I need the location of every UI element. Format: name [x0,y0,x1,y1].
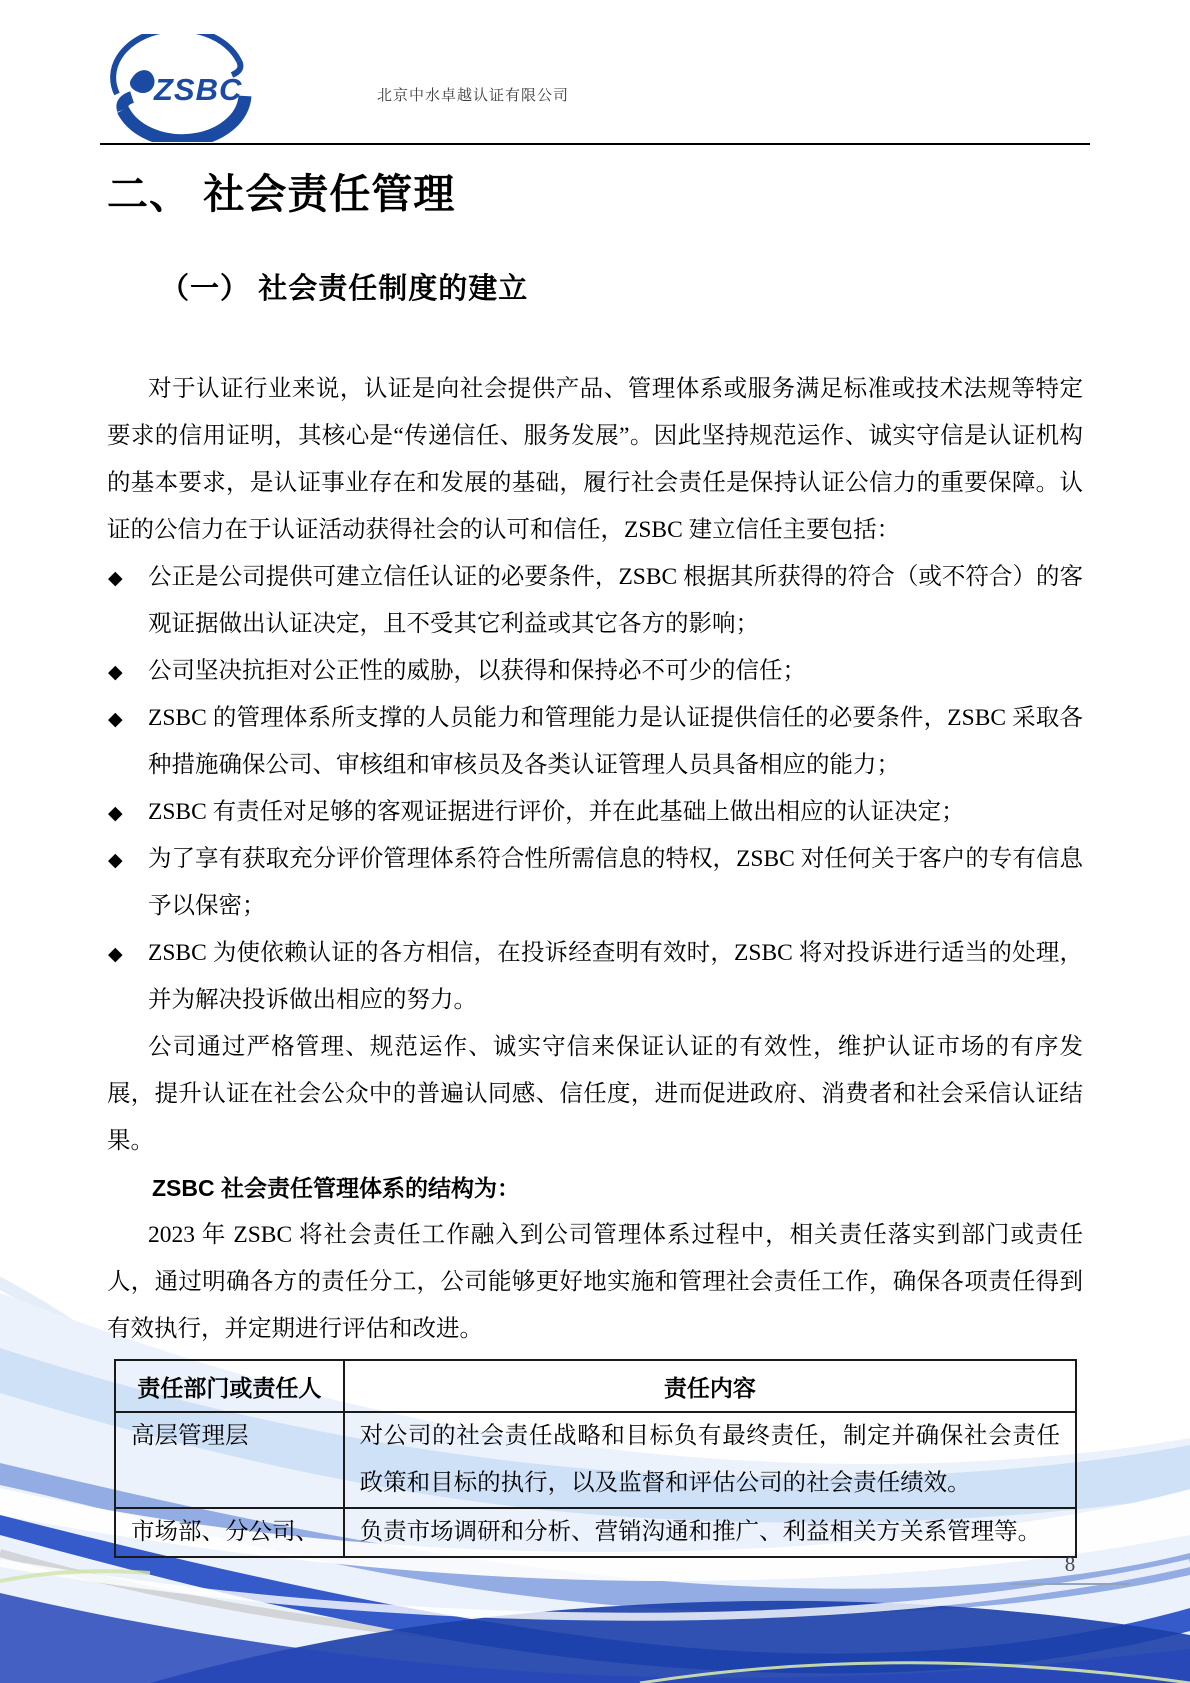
list-item: ◆ 公司坚决抗拒对公正性的威胁，以获得和保持必不可少的信任； [107,648,1083,695]
list-item: ◆ ZSBC 为使依赖认证的各方相信，在投诉经查明有效时，ZSBC 将对投诉进行… [107,930,1083,1024]
column-header-department: 责任部门或责任人 [115,1360,344,1412]
trust-bullet-list: ◆ 公正是公司提供可建立信任认证的必要条件，ZSBC 根据其所获得的符合（或不符… [107,554,1083,1024]
bullet-text: ZSBC 有责任对足够的客观证据进行评价，并在此基础上做出相应的认证决定； [148,799,965,825]
logo-text: ZSBC [153,72,242,107]
cell-department: 市场部、分公司、 [115,1508,344,1557]
bullet-text: ZSBC 的管理体系所支撑的人员能力和管理能力是认证提供信任的必要条件，ZSBC… [148,705,1083,778]
implementation-paragraph: 2023 年 ZSBC 将社会责任工作融入到公司管理体系过程中，相关责任落实到部… [107,1212,1083,1353]
body-text: 对于认证行业来说，认证是向社会提供产品、管理体系或服务满足标准或技术法规等特定要… [107,366,1083,1353]
table-row: 高层管理层 对公司的社会责任战略和目标负有最终责任，制定并确保社会责任政策和目标… [115,1412,1076,1508]
intro-paragraph: 对于认证行业来说，认证是向社会提供产品、管理体系或服务满足标准或技术法规等特定要… [107,366,1083,554]
page-header: ZSBC 北京中水卓越认证有限公司 [107,0,1083,145]
diamond-bullet-icon: ◆ [108,696,123,743]
document-page: ZSBC 北京中水卓越认证有限公司 二、 社会责任管理 （一） 社会责任制度的建… [0,0,1190,1683]
list-item: ◆ ZSBC 有责任对足够的客观证据进行评价，并在此基础上做出相应的认证决定； [107,789,1083,836]
summary-paragraph: 公司通过严格管理、规范运作、诚实守信来保证认证的有效性，维护认证市场的有序发展，… [107,1024,1083,1165]
page-number: 8 [1010,1552,1130,1585]
diamond-bullet-icon: ◆ [108,837,123,884]
cell-department: 高层管理层 [115,1412,344,1508]
bullet-text: 公正是公司提供可建立信任认证的必要条件，ZSBC 根据其所获得的符合（或不符合）… [148,564,1083,637]
bullet-text: 公司坚决抗拒对公正性的威胁，以获得和保持必不可少的信任； [148,658,806,684]
column-header-duty: 责任内容 [344,1360,1076,1412]
section-heading: 二、 社会责任管理 [107,167,1083,221]
diamond-bullet-icon: ◆ [108,649,123,696]
cell-duty: 对公司的社会责任战略和目标负有最终责任，制定并确保社会责任政策和目标的执行，以及… [344,1412,1076,1508]
table-row: 市场部、分公司、 负责市场调研和分析、营销沟通和推广、利益相关方关系管理等。 [115,1508,1076,1557]
structure-title: ZSBC 社会责任管理体系的结构为： [107,1165,1083,1212]
list-item: ◆ ZSBC 的管理体系所支撑的人员能力和管理能力是认证提供信任的必要条件，ZS… [107,695,1083,789]
diamond-bullet-icon: ◆ [108,931,123,978]
subsection-heading: （一） 社会责任制度的建立 [160,267,1083,311]
diamond-bullet-icon: ◆ [108,790,123,837]
diamond-bullet-icon: ◆ [108,555,123,602]
company-name: 北京中水卓越认证有限公司 [377,84,569,105]
bullet-text: 为了享有获取充分评价管理体系符合性所需信息的特权，ZSBC 对任何关于客户的专有… [148,846,1083,919]
table-header-row: 责任部门或责任人 责任内容 [115,1360,1076,1412]
list-item: ◆ 公正是公司提供可建立信任认证的必要条件，ZSBC 根据其所获得的符合（或不符… [107,554,1083,648]
bullet-text: ZSBC 为使依赖认证的各方相信，在投诉经查明有效时，ZSBC 将对投诉进行适当… [148,940,1083,1013]
header-rule [100,143,1090,145]
list-item: ◆ 为了享有获取充分评价管理体系符合性所需信息的特权，ZSBC 对任何关于客户的… [107,836,1083,930]
zsbc-logo-icon: ZSBC [110,34,252,142]
page-content: ZSBC 北京中水卓越认证有限公司 二、 社会责任管理 （一） 社会责任制度的建… [107,0,1083,1558]
cell-duty: 负责市场调研和分析、营销沟通和推广、利益相关方关系管理等。 [344,1508,1076,1557]
logo-drop-icon [130,70,155,93]
responsibility-table: 责任部门或责任人 责任内容 高层管理层 对公司的社会责任战略和目标负有最终责任，… [114,1359,1077,1558]
